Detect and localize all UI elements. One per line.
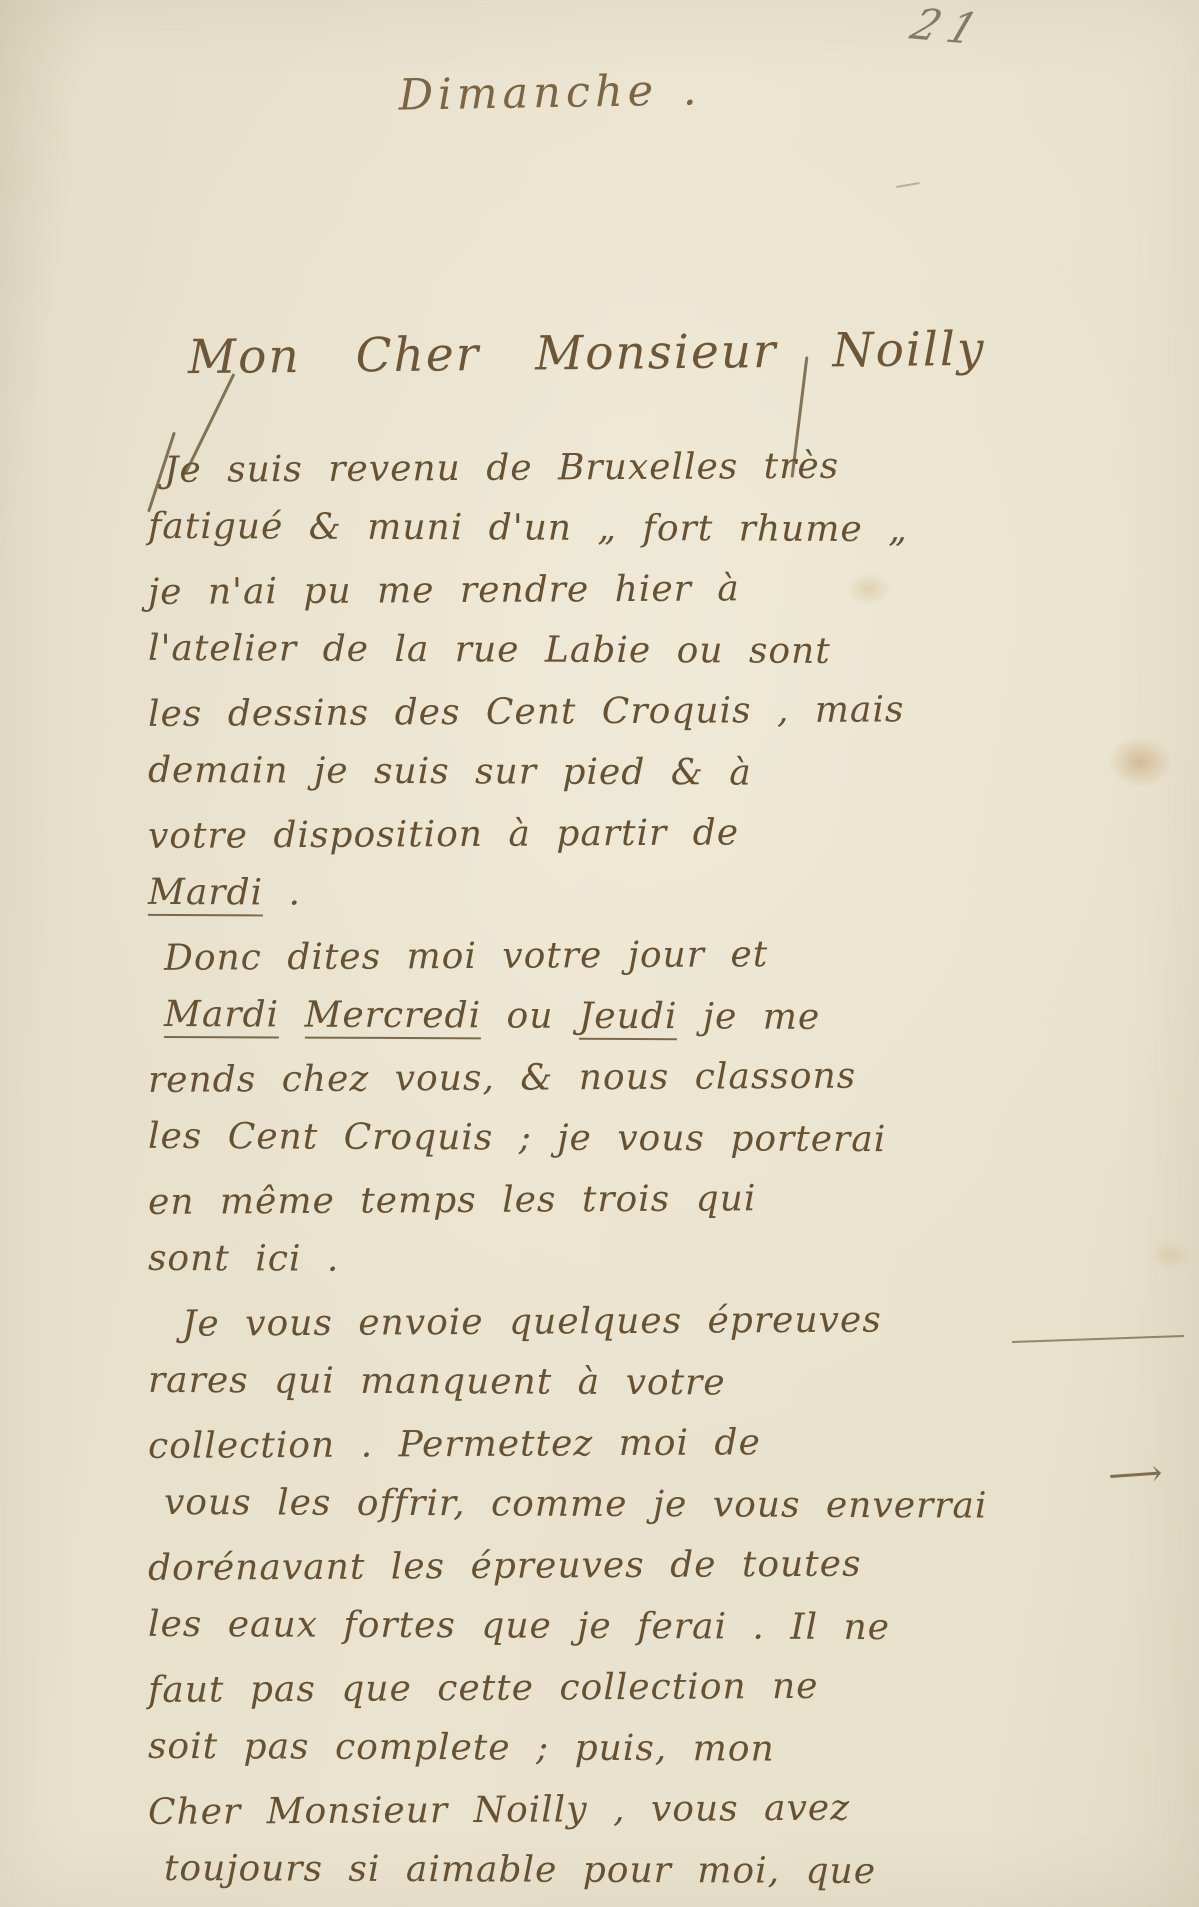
- paper-stain: [1108, 736, 1172, 788]
- letter-line: toujours si aimable pour moi, que: [148, 1838, 1108, 1903]
- underlined-word: Mercredi: [304, 995, 481, 1040]
- letter-line: votre disposition à partir de: [148, 800, 1108, 867]
- letter-line: Je vous envoie quelques épreuves: [148, 1288, 1108, 1355]
- underlined-word: Jeudi: [579, 996, 678, 1040]
- letter-line: Je suis revenu de Bruxelles très: [148, 434, 1108, 501]
- letter-page: 21 Dimanche . Mon Cher Monsieur Noilly J…: [0, 0, 1199, 1907]
- letter-line: je n'ai pu me rendre hier à: [148, 556, 1108, 623]
- letter-line: soit pas complete ; puis, mon: [148, 1716, 1108, 1781]
- letter-line: fatigué & muni d'un „ fort rhume „: [148, 496, 1108, 561]
- letter-salutation: Mon Cher Monsieur Noilly: [188, 322, 986, 385]
- letter-line: en même temps les trois qui: [148, 1166, 1108, 1233]
- letter-line: demain je suis sur pied & à: [148, 740, 1108, 805]
- underlined-word: Mardi: [148, 872, 263, 917]
- letter-line: Donc dites moi votre jour et: [148, 922, 1108, 989]
- letter-line: les Cent Croquis ; je vous porterai: [148, 1106, 1108, 1171]
- letter-line: rends chez vous, & nous classons: [148, 1044, 1108, 1111]
- line-text: ou: [481, 995, 579, 1036]
- letter-line: les eaux fortes que je ferai . Il ne: [148, 1594, 1108, 1659]
- line-text: je me: [677, 996, 820, 1038]
- letter-line: faut pas que cette collection ne: [148, 1654, 1108, 1721]
- letter-line: collection . Permettez moi de: [148, 1410, 1108, 1477]
- letter-line: rares qui manquent à votre: [148, 1350, 1108, 1415]
- letter-line: sont ici .: [148, 1228, 1108, 1293]
- paper-stain: [1150, 1240, 1190, 1270]
- letter-line: Mardi Mercredi ou Jeudi je me: [148, 984, 1108, 1049]
- underlined-word: Mardi: [164, 994, 279, 1039]
- letter-line: l'atelier de la rue Labie ou sont: [148, 618, 1108, 683]
- letter-line: les dessins des Cent Croquis , mais: [148, 678, 1108, 745]
- letter-line: dorénavant les épreuves de toutes: [148, 1532, 1108, 1599]
- ink-arrow-flourish: ⟶: [1107, 1450, 1164, 1498]
- letter-heading: Dimanche .: [370, 65, 731, 121]
- letter-line: Mardi .: [148, 862, 1108, 927]
- page-number: 21: [904, 0, 1029, 58]
- letter-line: Cher Monsieur Noilly , vous avez: [148, 1776, 1108, 1843]
- letter-body: Je suis revenu de Bruxelles très fatigué…: [148, 437, 1108, 1901]
- pencil-dash-mark: [896, 182, 920, 188]
- line-text: .: [263, 872, 301, 913]
- letter-line: vous les offrir, comme je vous enverrai: [148, 1472, 1108, 1537]
- line-text: [279, 994, 305, 1035]
